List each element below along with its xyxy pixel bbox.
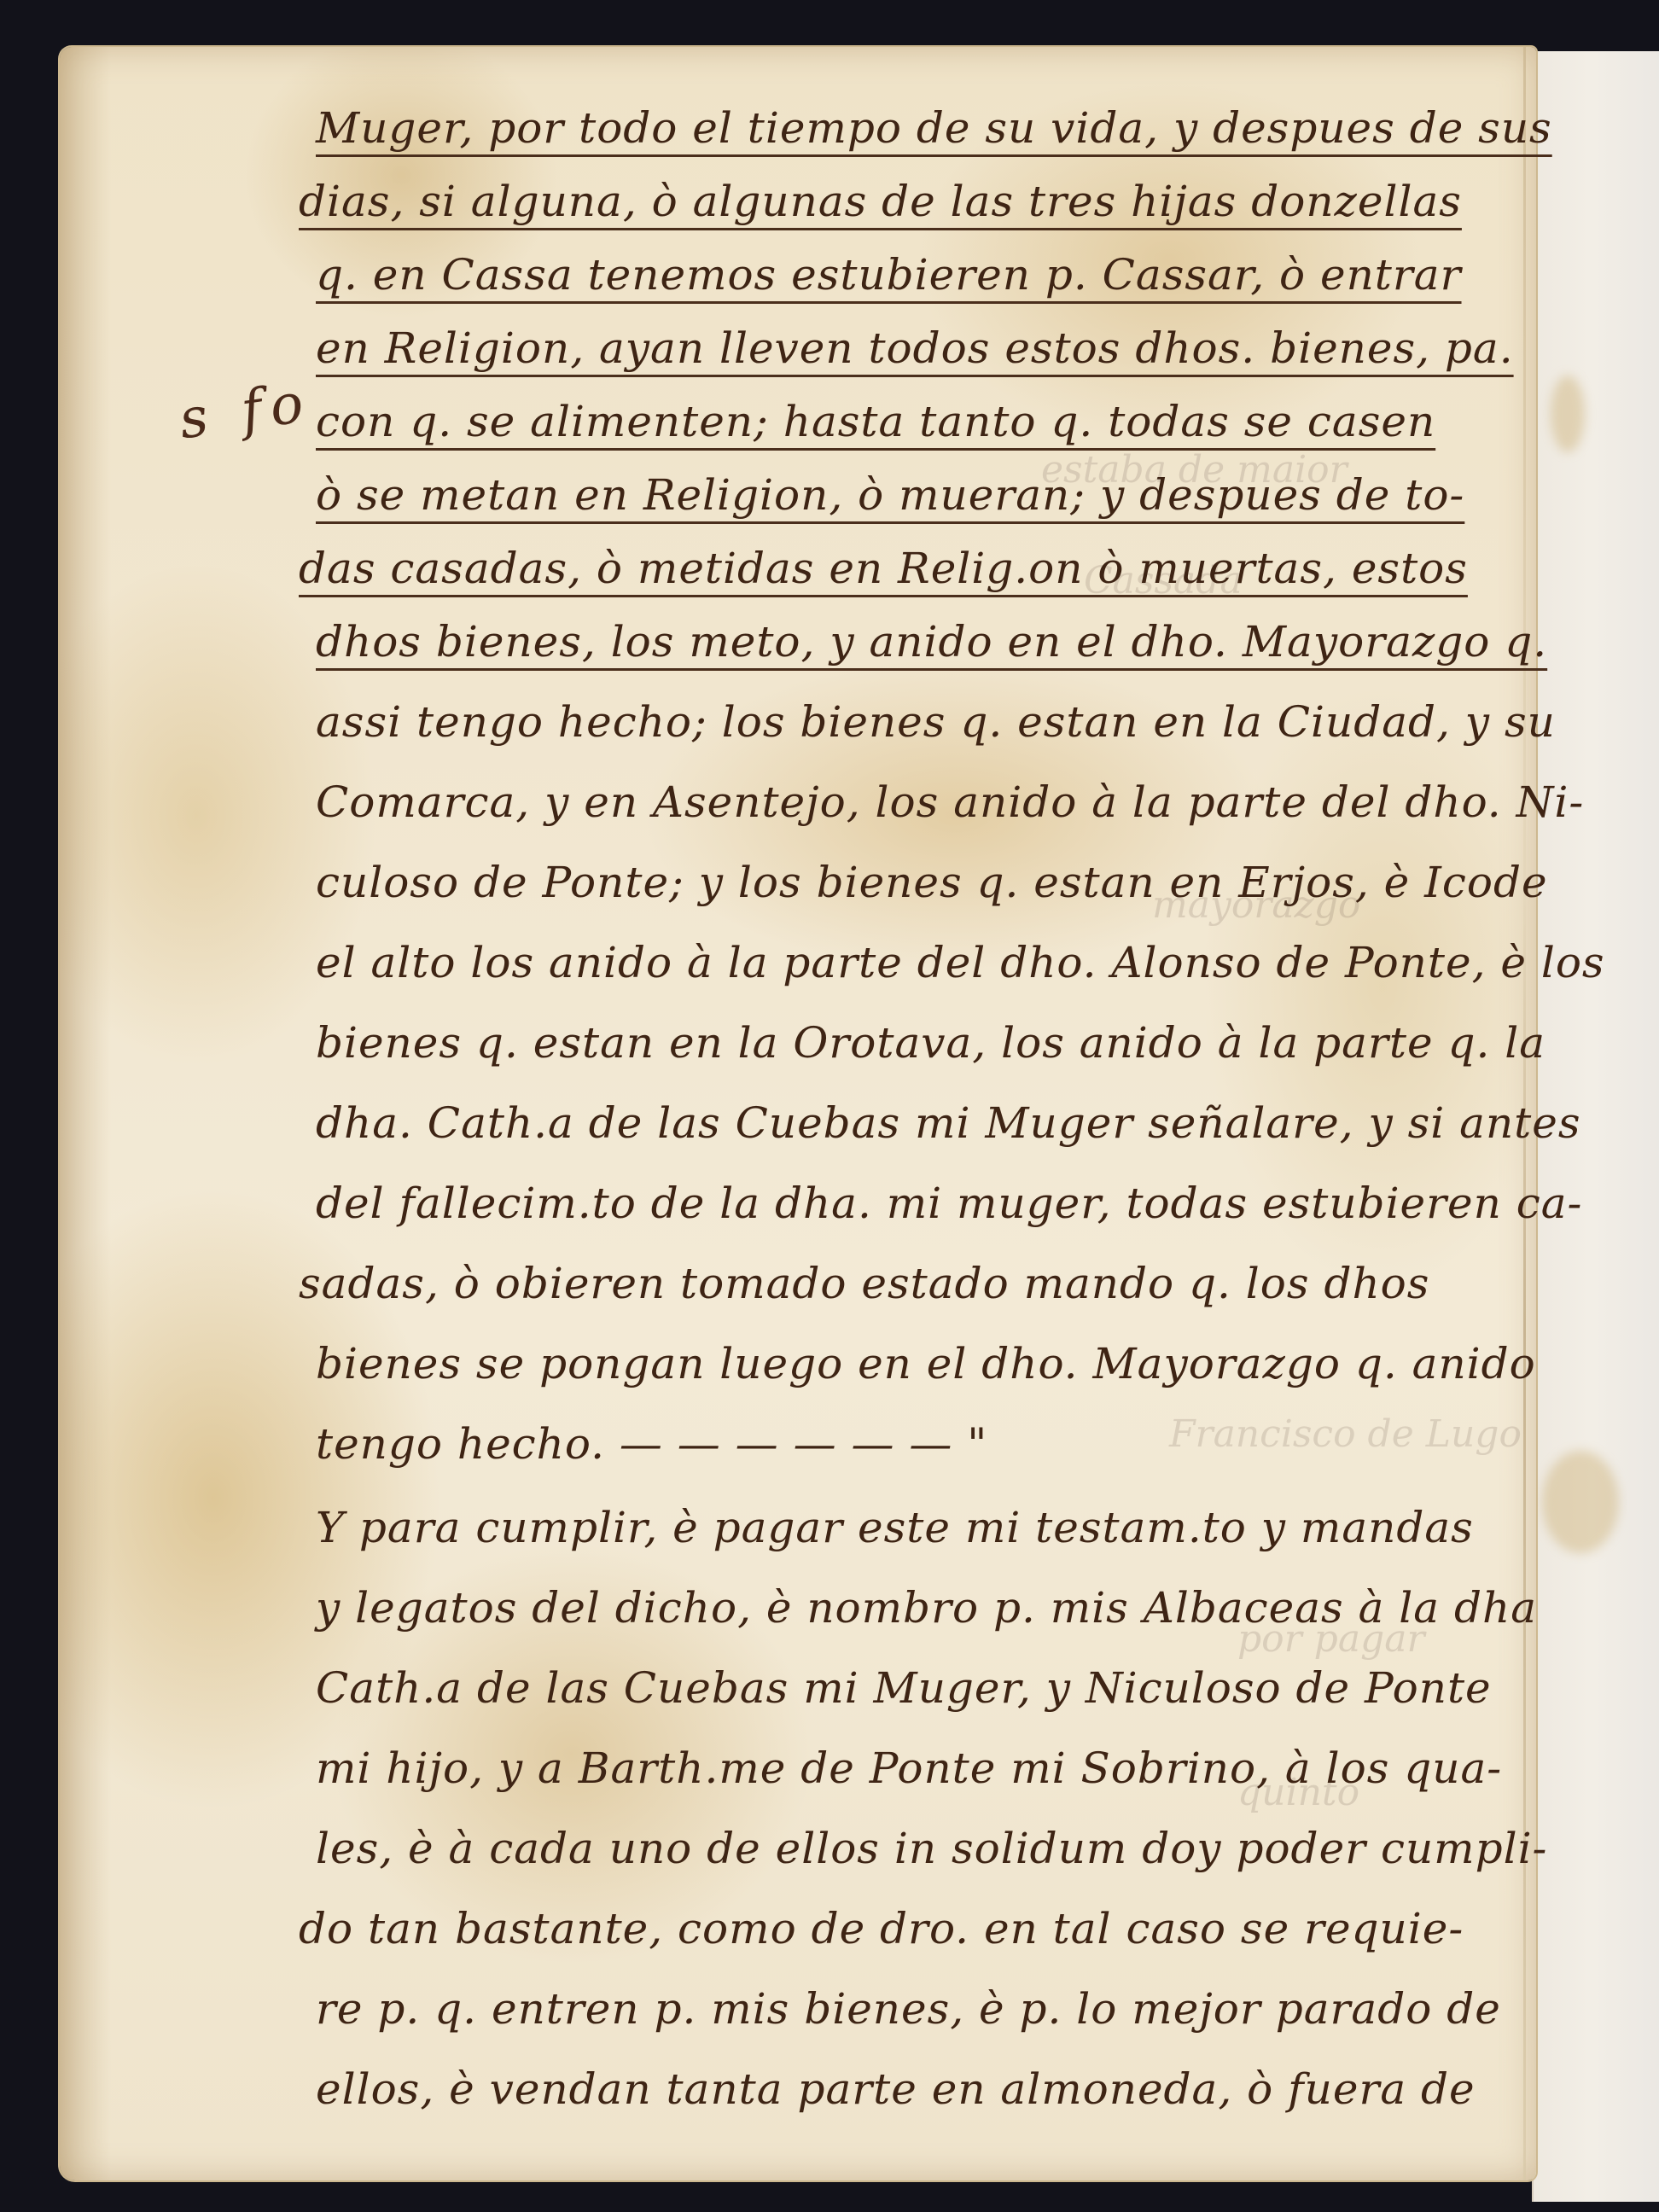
text-line: en Religion, ayan lleven todos estos dho… bbox=[316, 318, 1442, 395]
text-line: bienes se pongan luego en el dho. Mayora… bbox=[316, 1334, 1442, 1411]
text-line: ellos, è vendan tanta parte en almoneda,… bbox=[316, 2059, 1442, 2136]
text-line: tengo hecho. — — — — — — " bbox=[316, 1414, 1442, 1491]
text-line: Muger, por todo el tiempo de su vida, y … bbox=[316, 98, 1442, 175]
text-line: del fallecim.to de la dha. mi muger, tod… bbox=[316, 1173, 1442, 1250]
text-line: das casadas, ò metidas en Relig.on ò mue… bbox=[299, 538, 1425, 615]
text-line: dias, si alguna, ò algunas de las tres h… bbox=[299, 172, 1425, 248]
page-edge bbox=[60, 47, 111, 2180]
text-line: Comarca, y en Asentejo, los anido à la p… bbox=[316, 772, 1442, 849]
text-line: culoso de Ponte; y los bienes q. estan e… bbox=[316, 853, 1442, 929]
manuscript-page: estaba de maior Cassada mayorazgo Franci… bbox=[60, 47, 1536, 2180]
text-line: ò se metan en Religion, ò mueran; y desp… bbox=[316, 465, 1442, 542]
text-line: les, è à cada uno de ellos in solidum do… bbox=[316, 1819, 1442, 1895]
photo-stage: estaba de maior Cassada mayorazgo Franci… bbox=[0, 0, 1659, 2212]
text-line: bienes q. estan en la Orotava, los anido… bbox=[316, 1013, 1442, 1090]
text-line: sadas, ò obieren tomado estado mando q. … bbox=[299, 1254, 1425, 1330]
text-line: el alto los anido à la parte del dho. Al… bbox=[316, 933, 1442, 1010]
text-line: dha. Cath.a de las Cuebas mi Muger señal… bbox=[316, 1093, 1442, 1170]
text-line: con q. se alimenten; hasta tanto q. toda… bbox=[316, 392, 1442, 469]
text-line: Y para cumplir, è pagar este mi testam.t… bbox=[316, 1498, 1442, 1575]
text-line: Cath.a de las Cuebas mi Muger, y Niculos… bbox=[316, 1658, 1442, 1735]
text-line: y legatos del dicho, è nombro p. mis Alb… bbox=[316, 1578, 1442, 1655]
text-line: re p. q. entren p. mis bienes, è p. lo m… bbox=[316, 1979, 1442, 2056]
text-line: q. en Cassa tenemos estubieren p. Cassar… bbox=[316, 245, 1442, 322]
text-line: assi tengo hecho; los bienes q. estan en… bbox=[316, 692, 1442, 769]
text-line: dhos bienes, los meto, y anido en el dho… bbox=[316, 612, 1442, 689]
margin-note: s fo bbox=[176, 371, 316, 452]
text-line: do tan bastante, como de dro. en tal cas… bbox=[299, 1899, 1425, 1976]
text-line: mi hijo, y a Barth.me de Ponte mi Sobrin… bbox=[316, 1738, 1442, 1815]
